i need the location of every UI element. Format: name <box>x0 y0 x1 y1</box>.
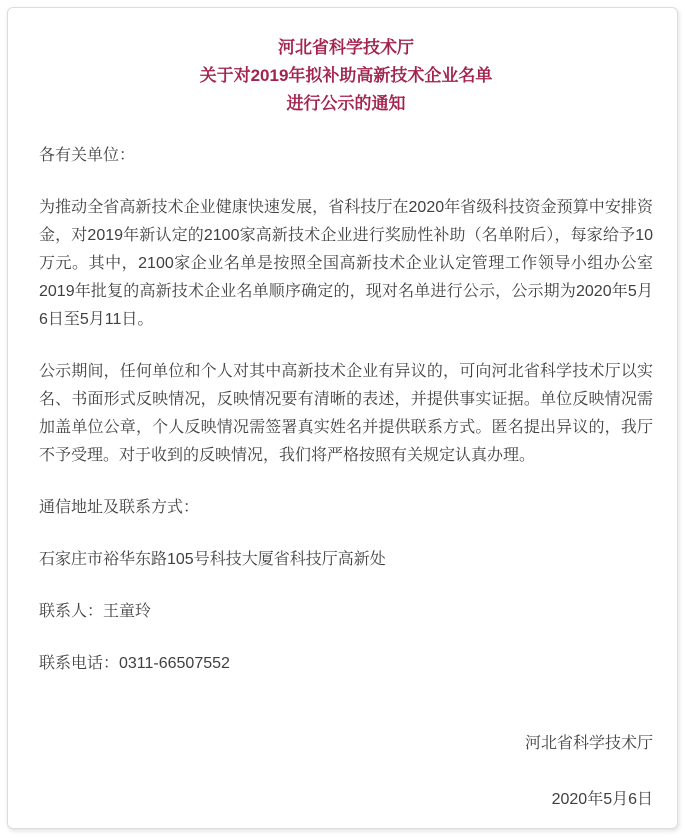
notice-card: 河北省科学技术厅 关于对2019年拟补助高新技术企业名单 进行公示的通知 各有关… <box>7 7 678 829</box>
salutation: 各有关单位： <box>39 142 653 170</box>
contact-address: 石家庄市裕华东路105号科技大厦省科技厅高新处 <box>39 546 653 574</box>
contact-person: 联系人：王童玲 <box>39 598 653 626</box>
paragraph-subsidy: 为推动全省高新技术企业健康快速发展，省科技厅在2020年省级科技资金预算中安排资… <box>39 194 653 334</box>
title-line-subject: 关于对2019年拟补助高新技术企业名单 <box>39 62 653 90</box>
signature-date: 2020年5月6日 <box>39 786 653 814</box>
paragraph-objection: 公示期间，任何单位和个人对其中高新技术企业有异议的，可向河北省科学技术厅以实名、… <box>39 358 653 470</box>
page-title: 河北省科学技术厅 关于对2019年拟补助高新技术企业名单 进行公示的通知 <box>39 34 653 118</box>
signature-org: 河北省科学技术厅 <box>39 730 653 758</box>
title-line-type: 进行公示的通知 <box>39 90 653 118</box>
contact-phone: 联系电话：0311-66507552 <box>39 650 653 678</box>
contact-heading: 通信地址及联系方式： <box>39 494 653 522</box>
title-line-org: 河北省科学技术厅 <box>39 34 653 62</box>
